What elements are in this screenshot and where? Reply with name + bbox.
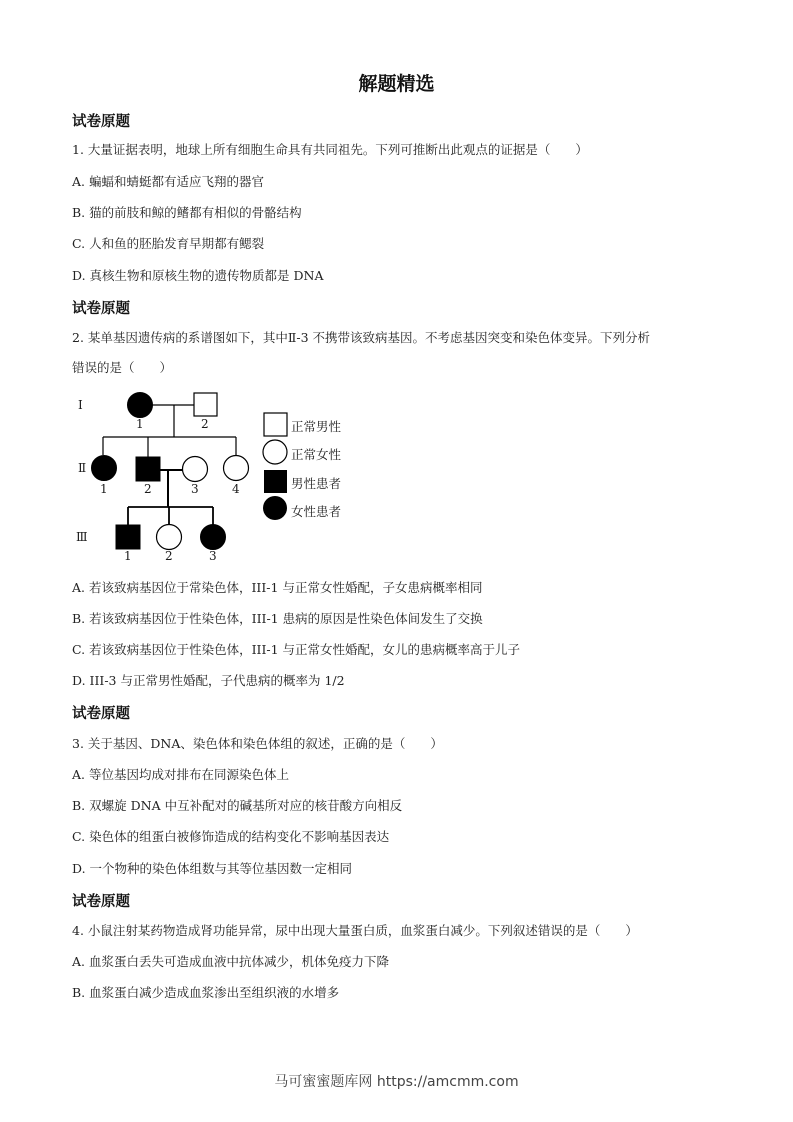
q3-option-b: B. 双螺旋 DNA 中互补配对的碱基所对应的核苷酸方向相反 [72, 796, 402, 814]
legend-affected-male-icon [264, 470, 287, 493]
legend-affected-male-label: 男性患者 [291, 474, 341, 492]
q4-option-b: B. 血浆蛋白减少造成血浆渗出至组织液的水增多 [72, 983, 339, 1001]
q2-option-b: B. 若该致病基因位于性染色体，III-1 患病的原因是性染色体间发生了交换 [72, 609, 483, 627]
footer-watermark: 马可蜜蜜题库网 https://amcmm.com [0, 1071, 793, 1091]
q4-option-a: A. 血浆蛋白丢失可造成血液中抗体减少，机体免疫力下降 [72, 952, 389, 970]
label-II-2: 2 [144, 482, 152, 496]
pedigree-II-3-normal-female [183, 457, 208, 482]
section-heading-q4: 试卷原题 [72, 890, 130, 911]
section-heading-q3: 试卷原题 [72, 702, 130, 723]
generation-label-II: Ⅱ [78, 461, 86, 475]
label-II-4: 4 [232, 482, 240, 496]
legend-affected-female-label: 女性患者 [291, 502, 341, 520]
label-III-1: 1 [124, 549, 132, 563]
generation-label-III: Ⅲ [76, 530, 88, 544]
pedigree-II-1-affected-female [92, 456, 117, 481]
label-II-1: 1 [100, 482, 108, 496]
q3-option-d: D. 一个物种的染色体组数与其等位基因数一定相同 [72, 859, 352, 877]
q2-option-a: A. 若该致病基因位于常染色体，III-1 与正常女性婚配，子女患病概率相同 [72, 578, 482, 596]
q2-option-c: C. 若该致病基因位于性染色体，III-1 与正常女性婚配，女儿的患病概率高于儿… [72, 640, 520, 658]
pedigree-II-2-affected-male [136, 457, 160, 481]
label-II-3: 3 [191, 482, 199, 496]
label-III-3: 3 [209, 549, 217, 563]
pedigree-II-4-normal-female [224, 456, 249, 481]
label-I-1: 1 [136, 417, 144, 431]
q3-stem: 3. 关于基因、DNA、染色体和染色体组的叙述，正确的是（ ） [72, 734, 443, 752]
legend-normal-male-icon [264, 413, 287, 436]
pedigree-III-2-normal-female [157, 525, 182, 550]
pedigree-I-2-normal-male [194, 393, 217, 416]
q2-option-d: D. III-3 与正常男性婚配，子代患病的概率为 1/2 [72, 671, 345, 689]
generation-label-I: Ⅰ [78, 398, 83, 412]
pedigree-III-1-affected-male [116, 525, 140, 549]
q3-option-a: A. 等位基因均成对排布在同源染色体上 [72, 765, 289, 783]
legend-normal-female-icon [263, 440, 287, 464]
label-III-2: 2 [165, 549, 173, 563]
pedigree-III-3-affected-female [201, 525, 226, 550]
legend-normal-female-label: 正常女性 [291, 445, 341, 463]
pedigree-I-1-affected-female [128, 393, 153, 418]
legend-normal-male-label: 正常男性 [291, 417, 341, 435]
legend-affected-female-icon [263, 496, 287, 520]
q4-stem: 4. 小鼠注射某药物造成肾功能异常，尿中出现大量蛋白质，血浆蛋白减少。下列叙述错… [72, 921, 638, 939]
q3-option-c: C. 染色体的组蛋白被修饰造成的结构变化不影响基因表达 [72, 827, 389, 845]
label-I-2: 2 [201, 417, 209, 431]
